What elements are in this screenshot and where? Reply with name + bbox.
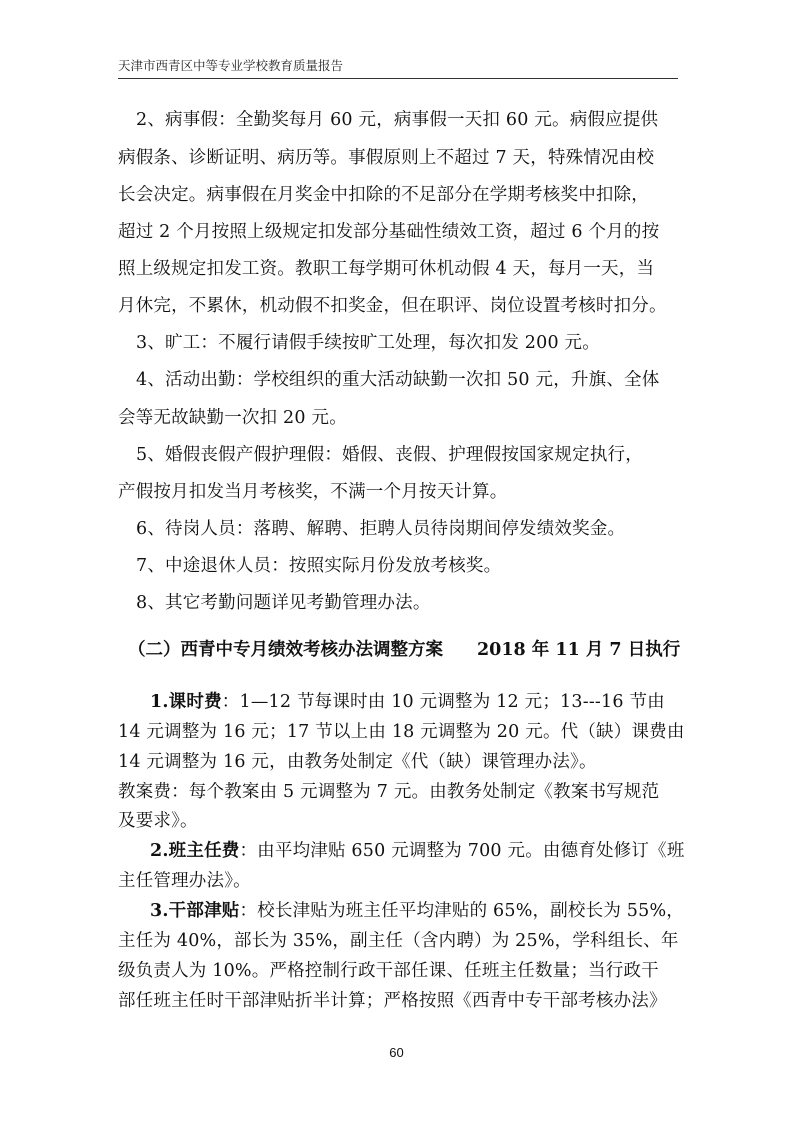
paragraph-line: 2.班主任费：由平均津贴 650 元调整为 700 元。由德育处修订《班	[150, 841, 678, 861]
paragraph-line: 8、其它考勤问题详见考勤管理办法。	[136, 593, 678, 613]
section-heading-title: （二）西青中专月绩效考核办法调整方案	[128, 640, 443, 660]
item-text: ：1—12 节每课时由 10 元调整为 12 元；13---16 节由	[222, 692, 665, 712]
page-number: 60	[0, 1045, 793, 1060]
paragraph-line: 照上级规定扣发工资。教职工每学期可休机动假 4 天，每月一天，当	[118, 259, 678, 279]
item-text: ：由平均津贴 650 元调整为 700 元。由德育处修订《班	[239, 841, 684, 861]
paragraph-line: 2、病事假：全勤奖每月 60 元，病事假一天扣 60 元。病假应提供	[136, 110, 678, 130]
paragraph-line: 14 元调整为 16 元；17 节以上由 18 元调整为 20 元。代（缺）课费…	[118, 722, 678, 742]
running-header: 天津市西青区中等专业学校教育质量报告	[118, 56, 678, 79]
section-heading-date: 2018 年 11 月 7 日执行	[477, 640, 680, 660]
paragraph-line: 月休完，不累休，机动假不扣奖金，但在职评、岗位设置考核时扣分。	[118, 296, 678, 316]
paragraph-line: 及要求》。	[118, 811, 678, 831]
paragraph-line: 6、待岗人员：落聘、解聘、拒聘人员待岗期间停发绩效奖金。	[136, 519, 678, 539]
paragraph-line: 超过 2 个月按照上级规定扣发部分基础性绩效工资，超过 6 个月的按	[118, 222, 678, 242]
paragraph-line: 会等无故缺勤一次扣 20 元。	[118, 408, 678, 428]
paragraph-line: 7、中途退休人员：按照实际月份发放考核奖。	[136, 556, 678, 576]
item-text: ：校长津贴为班主任平均津贴的 65%，副校长为 55%，	[239, 901, 684, 921]
paragraph-line: 主任为 40%，部长为 35%，副主任（含内聘）为 25%，学科组长、年	[118, 931, 678, 951]
paragraph-line: 产假按月扣发当月考核奖，不满一个月按天计算。	[118, 482, 678, 502]
paragraph-line: 级负责人为 10%。严格控制行政干部任课、任班主任数量；当行政干	[118, 961, 678, 981]
paragraph-line: 长会决定。病事假在月奖金中扣除的不足部分在学期考核奖中扣除，	[118, 185, 678, 205]
item-label: 3.干部津贴	[150, 901, 239, 921]
paragraph-line: 主任管理办法》。	[118, 871, 678, 891]
paragraph-line: 14 元调整为 16 元，由教务处制定《代（缺）课管理办法》。	[118, 752, 678, 772]
paragraph-line: 3.干部津贴：校长津贴为班主任平均津贴的 65%，副校长为 55%，	[150, 901, 678, 921]
paragraph-line: 5、婚假丧假产假护理假：婚假、丧假、护理假按国家规定执行，	[136, 445, 678, 465]
paragraph-line: 部任班主任时干部津贴折半计算；严格按照《西青中专干部考核办法》	[118, 991, 678, 1011]
item-label: 2.班主任费	[150, 841, 239, 861]
paragraph-line: 教案费：每个教案由 5 元调整为 7 元。由教务处制定《教案书写规范	[118, 782, 678, 802]
paragraph-line: 4、活动出勤：学校组织的重大活动缺勤一次扣 50 元，升旗、全体	[136, 370, 678, 390]
paragraph-line: 3、旷工：不履行请假手续按旷工处理，每次扣发 200 元。	[136, 333, 678, 353]
section-heading: （二）西青中专月绩效考核办法调整方案2018 年 11 月 7 日执行	[128, 636, 680, 661]
item-label: 1.课时费	[150, 692, 222, 712]
paragraph-line: 病假条、诊断证明、病历等。事假原则上不超过 7 天，特殊情况由校	[118, 148, 678, 168]
paragraph-line: 1.课时费：1—12 节每课时由 10 元调整为 12 元；13---16 节由	[150, 692, 678, 712]
